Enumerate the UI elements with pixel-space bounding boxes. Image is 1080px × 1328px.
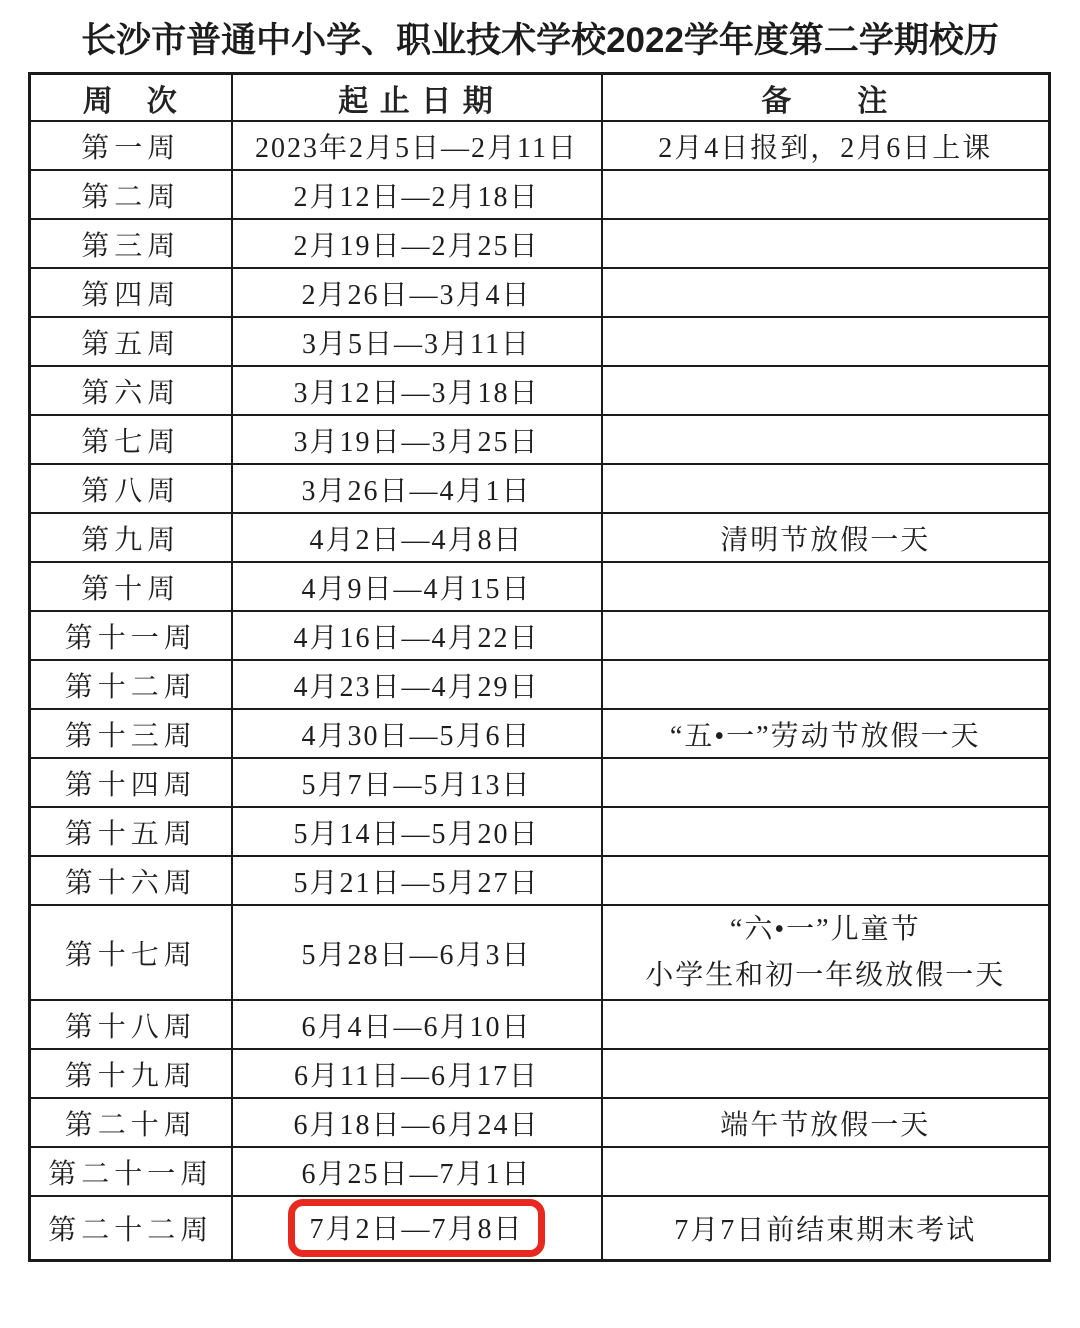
dates-text: 2月26日—3月4日: [301, 273, 531, 313]
table-row: 第八周3月26日—4月1日: [30, 464, 1050, 513]
table-row: 第二周2月12日—2月18日: [30, 170, 1050, 219]
remark-cell: [602, 1147, 1050, 1196]
dates-text: 4月2日—4月8日: [309, 518, 523, 558]
table-row: 第二十周6月18日—6月24日端午节放假一天: [30, 1098, 1050, 1147]
table-row: 第十三周4月30日—5月6日“五•一”劳动节放假一天: [30, 709, 1050, 758]
week-cell: 第四周: [30, 268, 232, 317]
table-row: 第九周4月2日—4月8日清明节放假一天: [30, 513, 1050, 562]
dates-cell: 5月14日—5月20日: [232, 807, 602, 856]
dates-cell: 4月16日—4月22日: [232, 611, 602, 660]
week-cell: 第十三周: [30, 709, 232, 758]
remark-cell: 端午节放假一天: [602, 1098, 1050, 1147]
dates-cell: 3月26日—4月1日: [232, 464, 602, 513]
dates-cell: 6月4日—6月10日: [232, 1000, 602, 1049]
dates-cell: 3月12日—3月18日: [232, 366, 602, 415]
table-row: 第六周3月12日—3月18日: [30, 366, 1050, 415]
table-row: 第十一周4月16日—4月22日: [30, 611, 1050, 660]
table-row: 第五周3月5日—3月11日: [30, 317, 1050, 366]
week-cell: 第五周: [30, 317, 232, 366]
dates-text: 6月18日—6月24日: [293, 1103, 539, 1143]
header-row: 周 次 起 止 日 期 备 注: [30, 74, 1050, 122]
week-cell: 第十二周: [30, 660, 232, 709]
dates-text: 2月12日—2月18日: [293, 175, 539, 215]
week-cell: 第二周: [30, 170, 232, 219]
header-remark: 备 注: [602, 74, 1050, 122]
dates-text: 6月25日—7月1日: [301, 1152, 531, 1192]
dates-cell: 6月25日—7月1日: [232, 1147, 602, 1196]
remark-cell: [602, 611, 1050, 660]
week-cell: 第二十周: [30, 1098, 232, 1147]
calendar-table: 周 次 起 止 日 期 备 注 第一周2023年2月5日—2月11日2月4日报到…: [28, 72, 1051, 1262]
table-row: 第二十一周6月25日—7月1日: [30, 1147, 1050, 1196]
dates-cell: 5月7日—5月13日: [232, 758, 602, 807]
table-row: 第十四周5月7日—5月13日: [30, 758, 1050, 807]
dates-text: 3月26日—4月1日: [301, 469, 531, 509]
week-cell: 第二十一周: [30, 1147, 232, 1196]
dates-cell: 4月2日—4月8日: [232, 513, 602, 562]
dates-text: 3月5日—3月11日: [302, 322, 531, 362]
dates-cell: 3月19日—3月25日: [232, 415, 602, 464]
remark-cell: [602, 317, 1050, 366]
week-cell: 第八周: [30, 464, 232, 513]
week-cell: 第十四周: [30, 758, 232, 807]
table-row: 第七周3月19日—3月25日: [30, 415, 1050, 464]
week-cell: 第十六周: [30, 856, 232, 905]
week-cell: 第六周: [30, 366, 232, 415]
table-body: 第一周2023年2月5日—2月11日2月4日报到，2月6日上课第二周2月12日—…: [30, 121, 1050, 1261]
dates-cell: 2月26日—3月4日: [232, 268, 602, 317]
remark-cell: [602, 170, 1050, 219]
week-cell: 第十一周: [30, 611, 232, 660]
week-cell: 第七周: [30, 415, 232, 464]
dates-cell: 2023年2月5日—2月11日: [232, 121, 602, 170]
remark-cell: 清明节放假一天: [602, 513, 1050, 562]
table-row: 第十二周4月23日—4月29日: [30, 660, 1050, 709]
remark-cell: “五•一”劳动节放假一天: [602, 709, 1050, 758]
dates-text: 5月14日—5月20日: [293, 812, 539, 852]
dates-text: 3月19日—3月25日: [293, 420, 539, 460]
table-row: 第十五周5月14日—5月20日: [30, 807, 1050, 856]
dates-text: 4月30日—5月6日: [301, 714, 531, 754]
dates-text: 2023年2月5日—2月11日: [255, 126, 578, 166]
week-cell: 第十周: [30, 562, 232, 611]
remark-cell: [602, 562, 1050, 611]
remark-cell: [602, 758, 1050, 807]
dates-cell: 6月18日—6月24日: [232, 1098, 602, 1147]
week-cell: 第三周: [30, 219, 232, 268]
week-cell: 第十九周: [30, 1049, 232, 1098]
table-row: 第十九周6月11日—6月17日: [30, 1049, 1050, 1098]
remark-line: 小学生和初一年级放假一天: [603, 953, 1049, 999]
dates-cell: 4月30日—5月6日: [232, 709, 602, 758]
remark-cell: 7月7日前结束期末考试: [602, 1196, 1050, 1261]
remark-cell: [602, 1049, 1050, 1098]
dates-text: 6月11日—6月17日: [294, 1054, 539, 1094]
table-row: 第三周2月19日—2月25日: [30, 219, 1050, 268]
dates-text: 6月4日—6月10日: [301, 1005, 531, 1045]
week-cell: 第十五周: [30, 807, 232, 856]
dates-text: 4月23日—4月29日: [293, 665, 539, 705]
table-row: 第一周2023年2月5日—2月11日2月4日报到，2月6日上课: [30, 121, 1050, 170]
remark-line: “六•一”儿童节: [603, 907, 1049, 953]
header-dates: 起 止 日 期: [232, 74, 602, 122]
dates-text: 4月9日—4月15日: [301, 567, 531, 607]
dates-cell: 2月12日—2月18日: [232, 170, 602, 219]
dates-text: 5月7日—5月13日: [301, 763, 531, 803]
table-row: 第十六周5月21日—5月27日: [30, 856, 1050, 905]
header-week: 周 次: [30, 74, 232, 122]
dates-text-highlighted: 7月2日—7月8日: [288, 1199, 544, 1257]
dates-text: 2月19日—2月25日: [293, 224, 539, 264]
remark-cell: “六•一”儿童节小学生和初一年级放假一天: [602, 905, 1050, 1000]
week-cell: 第一周: [30, 121, 232, 170]
remark-cell: [602, 807, 1050, 856]
remark-cell: [602, 1000, 1050, 1049]
table-row: 第二十二周7月2日—7月8日7月7日前结束期末考试: [30, 1196, 1050, 1261]
dates-text: 5月28日—6月3日: [301, 933, 531, 973]
dates-cell: 4月23日—4月29日: [232, 660, 602, 709]
remark-cell: [602, 464, 1050, 513]
table-row: 第四周2月26日—3月4日: [30, 268, 1050, 317]
table-row: 第十八周6月4日—6月10日: [30, 1000, 1050, 1049]
remark-cell: [602, 415, 1050, 464]
remark-cell: 2月4日报到，2月6日上课: [602, 121, 1050, 170]
remark-cell: [602, 660, 1050, 709]
dates-cell: 3月5日—3月11日: [232, 317, 602, 366]
week-cell: 第十八周: [30, 1000, 232, 1049]
remark-cell: [602, 366, 1050, 415]
table-row: 第十七周5月28日—6月3日“六•一”儿童节小学生和初一年级放假一天: [30, 905, 1050, 1000]
dates-cell: 6月11日—6月17日: [232, 1049, 602, 1098]
dates-text: 3月12日—3月18日: [293, 371, 539, 411]
dates-cell: 4月9日—4月15日: [232, 562, 602, 611]
dates-text: 4月16日—4月22日: [293, 616, 539, 656]
week-cell: 第九周: [30, 513, 232, 562]
week-cell: 第十七周: [30, 905, 232, 1000]
dates-cell: 7月2日—7月8日: [232, 1196, 602, 1261]
remark-cell: [602, 219, 1050, 268]
page-title: 长沙市普通中小学、职业技术学校2022学年度第二学期校历: [0, 0, 1080, 63]
dates-text: 5月21日—5月27日: [293, 861, 539, 901]
remark-cell: [602, 268, 1050, 317]
dates-cell: 2月19日—2月25日: [232, 219, 602, 268]
week-cell: 第二十二周: [30, 1196, 232, 1261]
dates-cell: 5月21日—5月27日: [232, 856, 602, 905]
table-row: 第十周4月9日—4月15日: [30, 562, 1050, 611]
remark-cell: [602, 856, 1050, 905]
dates-cell: 5月28日—6月3日: [232, 905, 602, 1000]
